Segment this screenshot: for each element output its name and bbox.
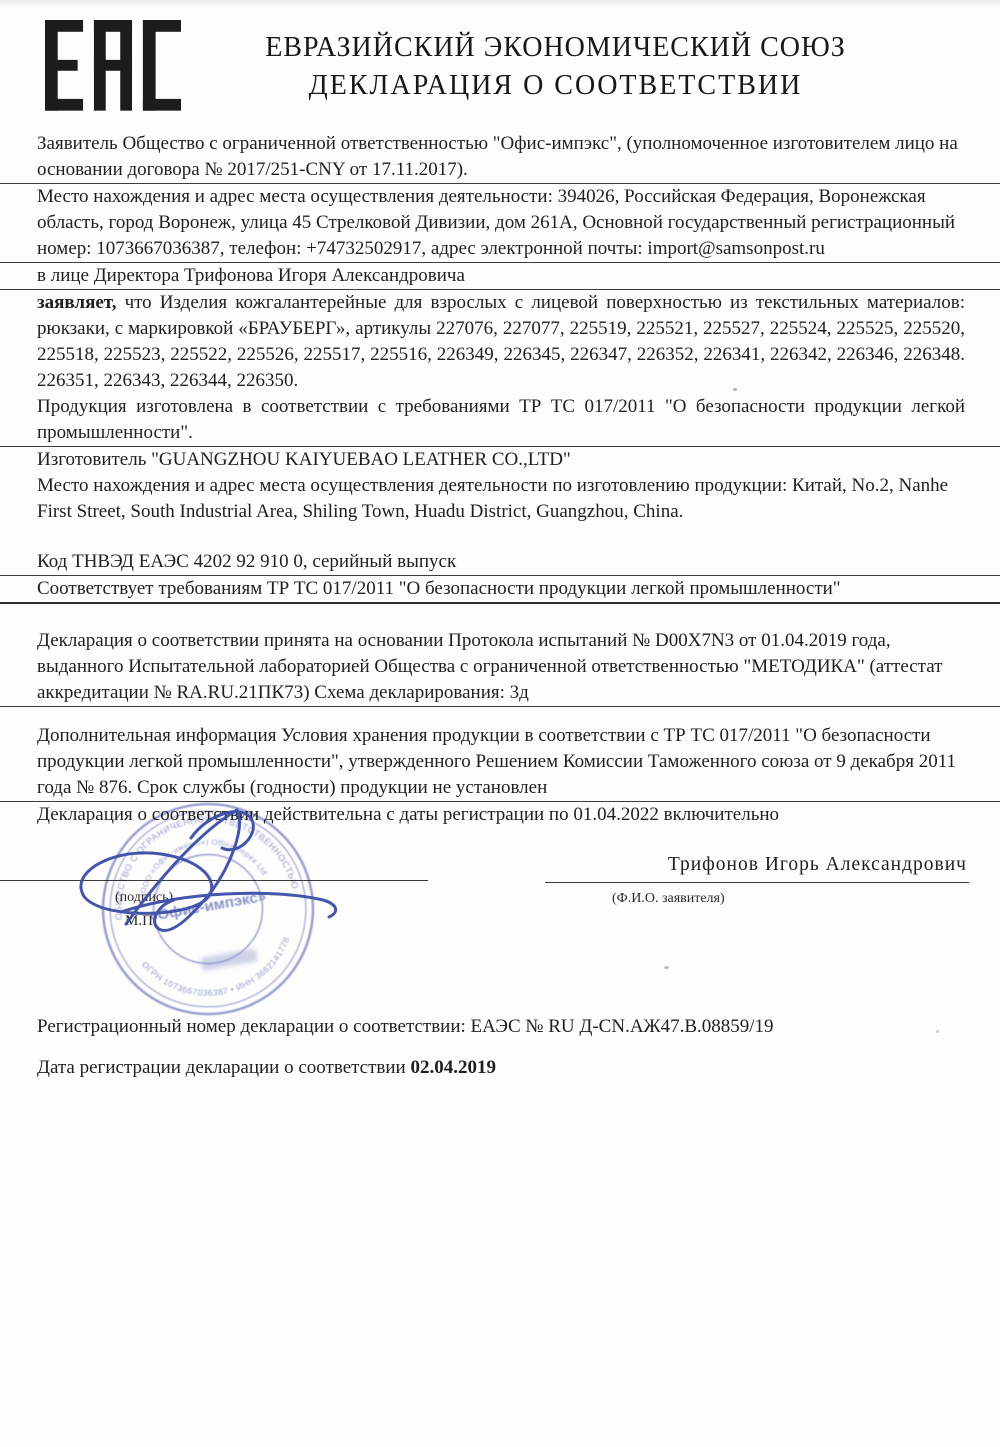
fio-line bbox=[545, 882, 969, 883]
title-declaration: ДЕКЛАРАЦИЯ О СООТВЕТСТВИИ bbox=[181, 70, 930, 102]
applicant-section: Заявитель Общество с ограниченной ответс… bbox=[0, 131, 1000, 184]
document-header: ЕВРАЗИЙСКИЙ ЭКОНОМИЧЕСКИЙ СОЮЗ ДЕКЛАРАЦИ… bbox=[0, 0, 1000, 117]
registration-date-value: 02.04.2019 bbox=[410, 1057, 496, 1078]
tnved-section: Код ТНВЭД ЕАЭС 4202 92 910 0, серийный в… bbox=[0, 549, 1000, 576]
scan-speck bbox=[733, 388, 737, 391]
registration-number-text: Регистрационный номер декларации о соотв… bbox=[37, 1014, 965, 1040]
registration-number-section: Регистрационный номер декларации о соотв… bbox=[37, 1014, 965, 1040]
applicant-fio: Трифонов Игорь Александрович bbox=[545, 852, 967, 878]
tnved-text: Код ТНВЭД ЕАЭС 4202 92 910 0, серийный в… bbox=[37, 549, 965, 575]
declares-paragraph: заявляет, что Изделия кожгалантерейные д… bbox=[37, 290, 965, 394]
signature-area: (подпись) М.П. Трифонов Игорь Александро… bbox=[37, 828, 965, 1014]
complies-text: Соответствует требованиям ТР ТС 017/2011… bbox=[37, 576, 965, 602]
document-titles: ЕВРАЗИЙСКИЙ ЭКОНОМИЧЕСКИЙ СОЮЗ ДЕКЛАРАЦИ… bbox=[181, 20, 930, 102]
complies-section: Соответствует требованиям ТР ТС 017/2011… bbox=[0, 576, 1000, 604]
manufacturer-address-text: Место нахождения и адрес места осуществл… bbox=[37, 473, 965, 525]
additional-info-section: Дополнительная информация Условия хранен… bbox=[0, 723, 1000, 802]
eac-mark-icon bbox=[45, 20, 181, 117]
in-person-section: в лице Директора Трифонова Игоря Алексан… bbox=[0, 263, 1000, 290]
declares-text: что Изделия кожгалантерейные для взрослы… bbox=[37, 292, 965, 391]
registration-date-section: Дата регистрации декларации о соответств… bbox=[37, 1055, 965, 1081]
basis-section: Декларация о соответствии принята на осн… bbox=[0, 628, 1000, 707]
applicant-text: Заявитель Общество с ограниченной ответс… bbox=[37, 131, 965, 183]
registration-date-label: Дата регистрации декларации о соответств… bbox=[37, 1057, 410, 1078]
applicant-address-section: Место нахождения и адрес места осуществл… bbox=[0, 184, 1000, 263]
stamp-ring-inner-text: (ООО «Офис-импэкс») Office-impex Ltd bbox=[130, 827, 270, 899]
declares-label: заявляет, bbox=[37, 292, 116, 313]
scan-speck bbox=[936, 1030, 939, 1033]
additional-info-text: Дополнительная информация Условия хранен… bbox=[37, 723, 965, 801]
made-in-accordance-text: Продукция изготовлена в соответствии с т… bbox=[37, 394, 965, 446]
title-union: ЕВРАЗИЙСКИЙ ЭКОНОМИЧЕСКИЙ СОЮЗ bbox=[181, 32, 930, 64]
declaration-document: ЕВРАЗИЙСКИЙ ЭКОНОМИЧЕСКИЙ СОЮЗ ДЕКЛАРАЦИ… bbox=[0, 0, 1000, 1447]
spacer bbox=[37, 707, 965, 723]
in-person-text: в лице Директора Трифонова Игоря Алексан… bbox=[37, 263, 965, 289]
manufacturer-text: Изготовитель "GUANGZHOU KAIYUEBAO LEATHE… bbox=[37, 447, 965, 473]
product-section: заявляет, что Изделия кожгалантерейные д… bbox=[0, 290, 1000, 447]
spacer bbox=[37, 525, 965, 549]
applicant-address-text: Место нахождения и адрес места осуществл… bbox=[37, 184, 965, 262]
basis-text: Декларация о соответствии принята на осн… bbox=[37, 628, 965, 706]
company-stamp: ОБЩЕСТВО С ОГРАНИЧЕННОЙ ОТВЕТСТВЕННОСТЬЮ… bbox=[79, 780, 336, 1037]
manufacturer-section: Изготовитель "GUANGZHOU KAIYUEBAO LEATHE… bbox=[37, 447, 965, 525]
scan-speck bbox=[664, 966, 669, 969]
registration-date-paragraph: Дата регистрации декларации о соответств… bbox=[37, 1055, 965, 1081]
stamp-center-text: «Офис-импэкс» bbox=[148, 888, 267, 925]
fio-caption: (Ф.И.О. заявителя) bbox=[612, 886, 725, 912]
spacer bbox=[37, 604, 965, 628]
stamp-ring-bottom-text: ОГРН 1073667036387 • ИНН 3662141778 bbox=[139, 934, 299, 1010]
document-body: Заявитель Общество с ограниченной ответс… bbox=[0, 117, 1000, 1081]
